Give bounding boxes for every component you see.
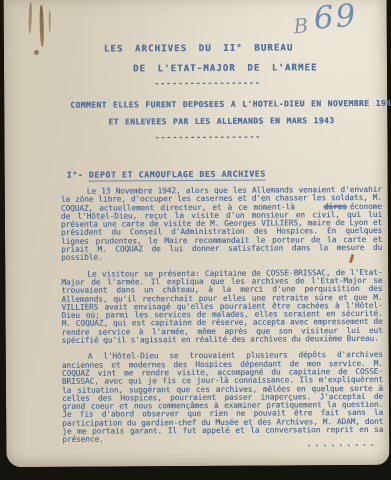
document-title-line2: DE L'ETAT-MAJOR DE L'ARMEE [133,63,318,74]
rust-stain [49,10,51,32]
paragraph-1: Le 13 Novembre 1942, alors que les Allem… [61,186,382,263]
section-heading: I°- DEPOT ET CAMOUFLAGE DES ARCHIVES [67,169,266,180]
section-number: I°- [67,170,89,180]
document-subtitle-line2: ET ENLEVEES PAR LES ALLEMANDS EN MARS 19… [108,116,334,126]
typed-divider: ------------------ [154,79,261,90]
rust-speck [34,50,39,55]
rust-stain [28,2,32,34]
paragraph-3: A l'Hôtel-Dieu se trouvaient plusieurs d… [62,351,384,444]
document-body: Le 13 Novembre 1942, alors que les Allem… [61,186,384,453]
stamp-number: 69 [313,0,359,37]
rust-stain [39,5,44,47]
struck-out-word: dires [298,203,347,212]
typed-divider: ------------------ [154,133,261,144]
document-title-line1: LES ARCHIVES DU II° BUREAU [104,43,294,54]
footer-ellipsis: ......... [306,439,377,449]
section-title: DEPOT ET CAMOUFLAGE DES ARCHIVES [89,169,266,182]
document-page: B 69 LES ARCHIVES DU II° BUREAU DE L'ETA… [4,0,390,467]
scanned-archive-document: { "colors": { "ink_blue": "#53719f", "pa… [0,0,391,480]
stamp-letter: B [293,13,309,38]
paragraph-2: Le visiteur se présenta: Capitaine de CO… [61,269,382,346]
document-subtitle-line1: COMMENT ELLES FURENT DEPOSEES A L'HOTEL-… [70,99,391,110]
